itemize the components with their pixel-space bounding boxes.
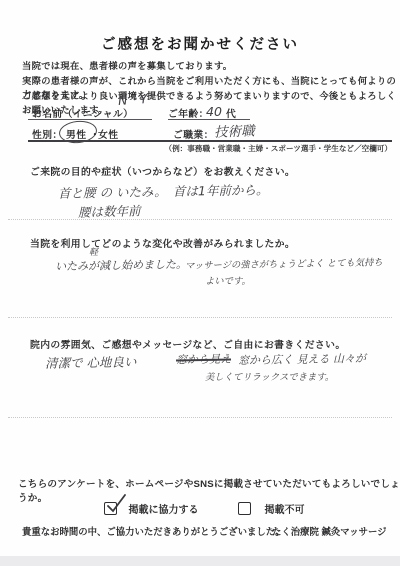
question-2-answer-left: いたみが減し始めました。 xyxy=(55,256,187,274)
question-3-answer-right-line-1: 窓から広く 見える 山々が xyxy=(238,350,366,368)
gender-occupation-row: 性別： 男性 ・ 女性 ご職業： 技術職 xyxy=(28,122,392,142)
gender-option-female: 女性 xyxy=(98,127,118,141)
question-2-answer-right-line-1: マッサージの強さがちょうどよく とても気持ち xyxy=(185,254,383,271)
question-3-struck-text: 窓から見え xyxy=(176,351,231,368)
section-divider-2 xyxy=(8,317,392,318)
question-2-label: 当院を利用してどのような変化や改善がみられましたか。 xyxy=(30,236,295,250)
clinic-name: たく治療院 鍼灸マッサージ xyxy=(272,524,387,538)
question-1-answer-line-2: 腰は数年前 xyxy=(78,201,141,221)
name-label: お名前（イニシャル） xyxy=(32,106,133,120)
thanks-text: 貴重なお時間の中、ご協力いただきありがとうございました。 xyxy=(22,524,285,538)
publish-question: こちらのアンケートを、ホームページやSNSに掲載させていただいてもよろしいでしょ… xyxy=(18,476,400,504)
section-divider-3 xyxy=(8,417,392,418)
question-1-answer-line-1: 首と腰 の いたみ。 首は1年前から。 xyxy=(58,180,269,202)
agree-checkmark-icon xyxy=(105,493,129,515)
question-2-inserted-char: 軽 xyxy=(89,245,98,258)
deny-checkbox xyxy=(238,502,251,515)
question-3-answer-left: 清潔で 心地良い xyxy=(45,352,137,372)
section-divider-1 xyxy=(8,219,392,220)
deny-label: 掲載不可 xyxy=(264,505,304,516)
occupation-label: ご職業： xyxy=(173,127,214,141)
scan-edge-strip xyxy=(0,556,400,566)
intro-line-1: 当院では現在、患者様の声を募集しております。 xyxy=(22,58,232,72)
gender-label: 性別： xyxy=(32,127,63,141)
questionnaire-sheet: ご感想をお聞かせください 当院では現在、患者様の声を募集しております。 実際の患… xyxy=(0,0,400,566)
question-1-label: ご来院の目的や症状（いつからなど）をお教えください。 xyxy=(30,164,295,178)
occupation-hint: （例：事務職・営業職・主婦・スポーツ選手・学生など／空欄可） xyxy=(0,143,392,154)
age-field-line: ご年齢： 40 代 xyxy=(168,104,250,120)
age-label: ご年齢： xyxy=(168,106,209,120)
question-3-label: 院内の雰囲気、ご感想やメッセージなど、ご自由にお書きください。 xyxy=(30,337,346,351)
name-field-line: お名前（イニシャル） xyxy=(28,104,152,120)
publish-option-deny: 掲載不可 xyxy=(238,500,304,518)
page-title: ご感想をお聞かせください xyxy=(0,33,400,54)
age-handwritten-value: 40 xyxy=(206,104,222,119)
question-3-answer-right-line-2: 美しくてリラックスできます。 xyxy=(205,369,334,383)
age-suffix: 代 xyxy=(226,106,236,120)
publish-option-agree: 掲載に協力する xyxy=(104,500,198,518)
occupation-handwritten-value: 技術職 xyxy=(214,119,255,140)
question-2-answer-right-line-2: よいです。 xyxy=(205,273,251,287)
agree-label: 掲載に協力する xyxy=(128,505,198,516)
